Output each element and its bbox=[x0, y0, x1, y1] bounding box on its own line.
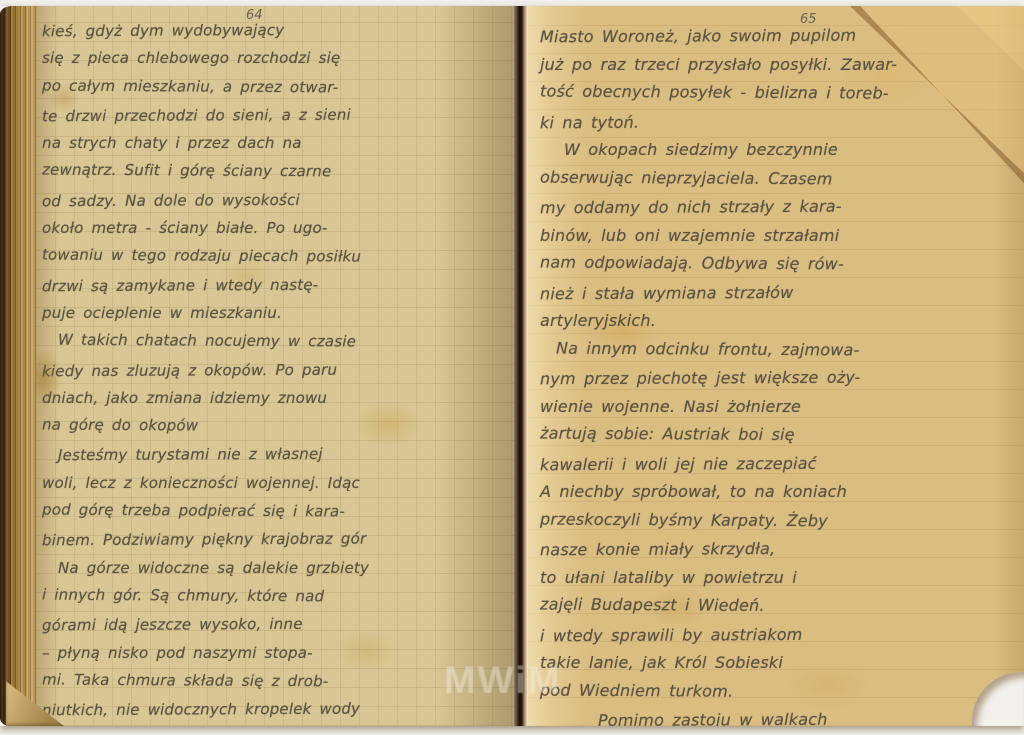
handwritten-line: kiedy nas zluzują z okopów. Po paru bbox=[42, 354, 516, 385]
handwritten-line: zewnątrz. Sufit i górę ściany czarne bbox=[42, 156, 516, 187]
handwritten-line: nam odpowiadają. Odbywa się rów- bbox=[540, 249, 1024, 280]
book-spine-gutter bbox=[514, 6, 528, 726]
handwritten-line: na górę do okopów bbox=[42, 411, 516, 442]
handwritten-line: W takich chatach nocujemy w czasie bbox=[42, 326, 516, 357]
handwriting-left-page: kieś, gdyż dym wydobywający się z pieca … bbox=[42, 16, 516, 723]
handwritten-line: wienie wojenne. Nasi żołnierze bbox=[540, 393, 1024, 422]
handwritten-line: górami idą jeszcze wysoko, inne bbox=[42, 609, 516, 640]
handwritten-line: po całym mieszkaniu, a przez otwar- bbox=[42, 71, 516, 102]
handwritten-line: pod Wiedniem turkom. bbox=[540, 676, 1024, 707]
handwritten-line: kieś, gdyż dym wydobywający bbox=[42, 15, 516, 46]
watermark-text: MWiM bbox=[444, 660, 561, 703]
handwritten-line: kawalerii i woli jej nie zaczepiać bbox=[540, 448, 1024, 479]
handwritten-line: takie lanie, jak Król Sobieski bbox=[540, 649, 1024, 678]
page-edge-stack bbox=[0, 6, 36, 726]
handwritten-line: my oddamy do nich strzały z kara- bbox=[540, 192, 1024, 223]
handwritten-line: binów, lub oni wzajemnie strzałami bbox=[540, 222, 1024, 251]
handwritten-line: towaniu w tego rodzaju piecach posiłku bbox=[42, 241, 516, 272]
handwritten-line: od sadzy. Na dole do wysokości bbox=[42, 185, 516, 216]
handwritten-line: Na innym odcinku frontu, zajmowa- bbox=[540, 334, 1024, 365]
handwritten-line: i wtedy sprawili by austriakom bbox=[540, 619, 1024, 650]
handwritten-line: przeskoczyli byśmy Karpaty. Żeby bbox=[540, 505, 1024, 536]
page-number-left: 64 bbox=[246, 8, 263, 23]
handwritten-line: puje ocieplenie w mieszkaniu. bbox=[42, 299, 516, 327]
handwritten-line: około metra - ściany białe. Po ugo- bbox=[42, 214, 516, 242]
handwritten-line: Pomimo zastoju w walkach bbox=[540, 705, 1024, 726]
handwritten-line: tość obecnych posyłek - bielizna i toreb… bbox=[540, 78, 1024, 109]
handwritten-line: W okopach siedzimy bezczynnie bbox=[540, 136, 1024, 165]
handwritten-line: pod górę trzeba podpierać się i kara- bbox=[42, 496, 516, 527]
handwritten-line: artyleryjskich. bbox=[540, 307, 1024, 336]
handwritten-line: już po raz trzeci przysłało posyłki. Zaw… bbox=[540, 51, 1024, 80]
handwritten-line: binem. Podziwiamy piękny krajobraz gór bbox=[42, 524, 516, 555]
handwritten-line: Jesteśmy turystami nie z własnej bbox=[42, 439, 516, 470]
handwritten-line: zajęli Budapeszt i Wiedeń. bbox=[540, 591, 1024, 622]
handwritten-line: ki na tytoń. bbox=[540, 106, 1024, 137]
handwritten-line: to ułani lataliby w powietrzu i bbox=[540, 564, 1024, 593]
page-number-right: 65 bbox=[800, 12, 817, 27]
handwritten-line: nym przez piechotę jest większe oży- bbox=[540, 363, 1024, 394]
handwritten-line: nasze konie miały skrzydła, bbox=[540, 534, 1024, 565]
handwritten-line: żartują sobie: Austriak boi się bbox=[540, 420, 1024, 451]
handwritten-line: A niechby spróbował, to na koniach bbox=[540, 478, 1024, 507]
handwritten-line: Miasto Woroneż, jako swoim pupilom bbox=[540, 21, 1024, 52]
handwritten-line: drzwi są zamykane i wtedy nastę- bbox=[42, 269, 516, 300]
handwritten-line: Na górze widoczne są dalekie grzbiety bbox=[42, 554, 516, 582]
handwriting-right-page: Miasto Woroneż, jako swoim pupilom już p… bbox=[540, 22, 1024, 726]
handwritten-line: obserwując nieprzyjaciela. Czasem bbox=[540, 163, 1024, 194]
handwritten-line: się z pieca chlebowego rozchodzi się bbox=[42, 44, 516, 72]
handwritten-line: dniach, jako zmiana idziemy znowu bbox=[42, 384, 516, 412]
handwritten-line: na strych chaty i przez dach na bbox=[42, 129, 516, 157]
handwritten-line: i innych gór. Są chmury, które nad bbox=[42, 580, 516, 611]
handwritten-line: nież i stała wymiana strzałów bbox=[540, 277, 1024, 308]
handwritten-line: te drzwi przechodzi do sieni, a z sieni bbox=[42, 100, 516, 131]
open-diary-book: 64 65 kieś, gdyż dym wydobywający się z … bbox=[0, 6, 1024, 726]
handwritten-line: woli, lecz z konieczności wojennej. Idąc bbox=[42, 469, 516, 497]
